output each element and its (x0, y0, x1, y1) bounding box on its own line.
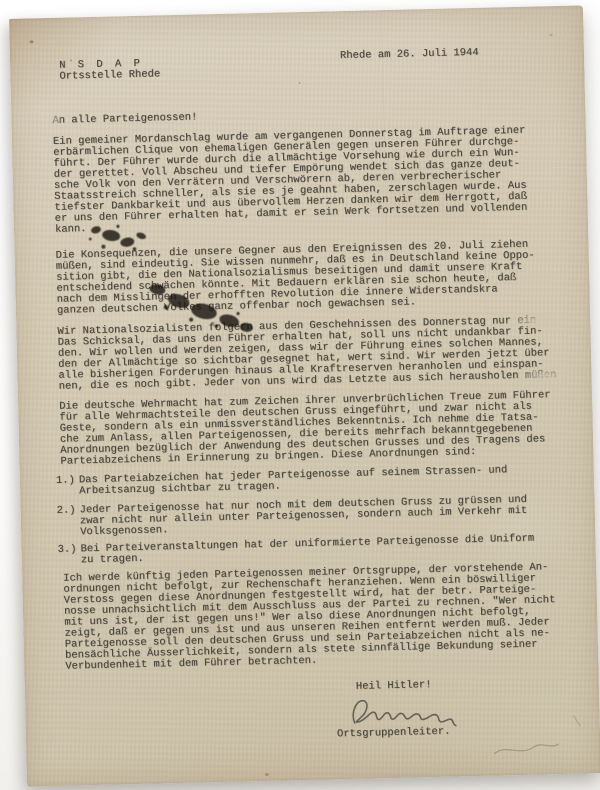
handwritten-signature (347, 693, 466, 730)
orders-list: 1.) Das Parteiabzeichen hat jeder Partei… (56, 464, 566, 567)
paragraph-2: Die Konsequenzen, die unsere Gegner aus … (56, 239, 560, 317)
order-text: Das Parteiabzeichen hat jeder Parteigeno… (79, 465, 508, 497)
order-item-2: 2.) Jeder Parteigenosse hat nur noch mit… (57, 494, 566, 539)
letter-document: N S D A P Ortsstelle Rhede Rhede am 26. … (9, 5, 600, 786)
order-number: 3.) (57, 544, 81, 567)
paragraph-5: Ich werde künftig jeden Parteigenossen m… (63, 562, 568, 673)
order-number: 1.) (56, 475, 80, 498)
order-number: 2.) (57, 505, 81, 539)
paragraph-4: Die deutsche Wehrmacht hat zum Zeichen i… (59, 390, 563, 468)
order-item-1: 1.) Das Parteiabzeichen hat jeder Partei… (56, 464, 564, 498)
paragraph-3: Wir Nationalsozialisten folgern aus den … (57, 315, 561, 393)
order-text: Jeder Parteigenosse hat nur noch mit dem… (80, 495, 528, 539)
letter-body: N S D A P Ortsstelle Rhede Rhede am 26. … (9, 5, 600, 786)
closing-salute: Heil Hitler! (356, 677, 569, 693)
paragraph-1: Ein gemeiner Mordanschlag wurde am verga… (53, 125, 558, 236)
order-text: Bei Parteiveranstaltungen hat der unifor… (80, 534, 534, 567)
letterhead: N S D A P Ortsstelle Rhede (59, 49, 554, 83)
salutation: An alle Parteigenossen! (52, 104, 555, 127)
photo-backdrop: N S D A P Ortsstelle Rhede Rhede am 26. … (0, 0, 600, 790)
